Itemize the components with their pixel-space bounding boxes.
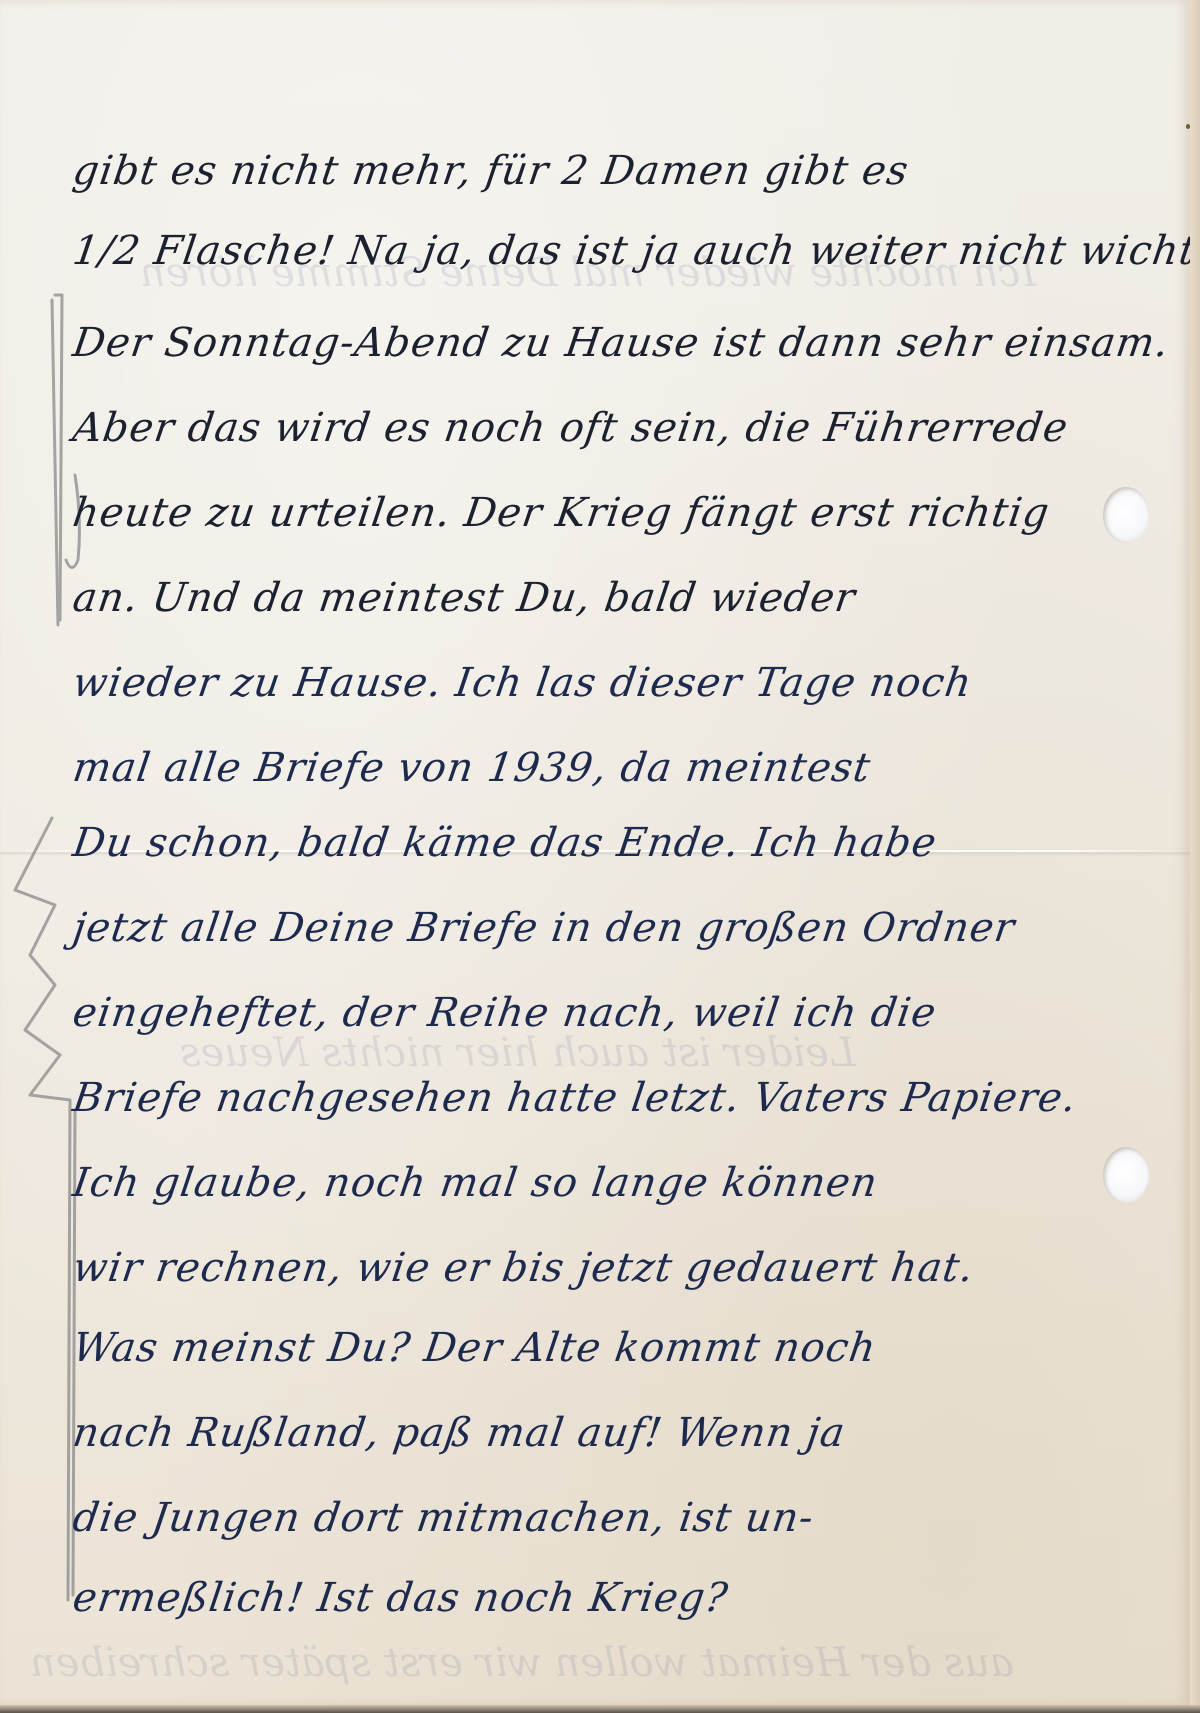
letter-line-7: wieder zu Hause. Ich las dieser Tage noc…	[70, 660, 975, 706]
letter-line-1: gibt es nicht mehr, für 2 Damen gibt es	[70, 148, 912, 194]
paper-right-edge	[1190, 0, 1200, 1713]
letter-line-9: Du schon, bald käme das Ende. Ich habe	[70, 820, 940, 866]
letter-line-14: wir rechnen, wie er bis jetzt gedauert h…	[70, 1245, 977, 1291]
letter-line-3: Der Sonntag-Abend zu Hause ist dann sehr…	[70, 320, 1172, 366]
punch-hole-lower	[1103, 1147, 1149, 1203]
letter-line-13: Ich glaube, noch mal so lange können	[70, 1160, 881, 1206]
bleed-through-text: aus der Heimat wollen wir erst später sc…	[30, 1640, 1014, 1686]
letter-line-8: mal alle Briefe von 1939, da meintest	[70, 745, 874, 791]
letter-page: Ich möchte wieder mal Deine Stimme hören…	[0, 0, 1190, 1705]
letter-line-10: jetzt alle Deine Briefe in den großen Or…	[70, 905, 1018, 951]
punch-hole-upper	[1103, 487, 1149, 543]
letter-line-15: Was meinst Du? Der Alte kommt noch	[70, 1325, 879, 1371]
letter-line-11: eingeheftet, der Reihe nach, weil ich di…	[70, 990, 939, 1036]
letter-line-6: an. Und da meintest Du, bald wieder	[70, 575, 859, 621]
bleed-through-text: Leider ist auch hier nichts Neues	[180, 1030, 855, 1076]
letter-line-17: die Jungen dort mitmachen, ist un-	[70, 1495, 817, 1541]
letter-line-16: nach Rußland, paß mal auf! Wenn ja	[70, 1410, 848, 1456]
paper-bottom-edge	[0, 1705, 1200, 1713]
letter-line-18: ermeßlich! Ist das noch Krieg?	[70, 1575, 731, 1621]
letter-line-4: Aber das wird es noch oft sein, die Führ…	[70, 405, 1071, 451]
letter-line-12: Briefe nachgesehen hatte letzt. Vaters P…	[70, 1075, 1080, 1121]
letter-line-2: 1/2 Flasche! Na ja, das ist ja auch weit…	[70, 228, 1200, 274]
letter-line-5: heute zu urteilen. Der Krieg fängt erst …	[70, 490, 1053, 536]
